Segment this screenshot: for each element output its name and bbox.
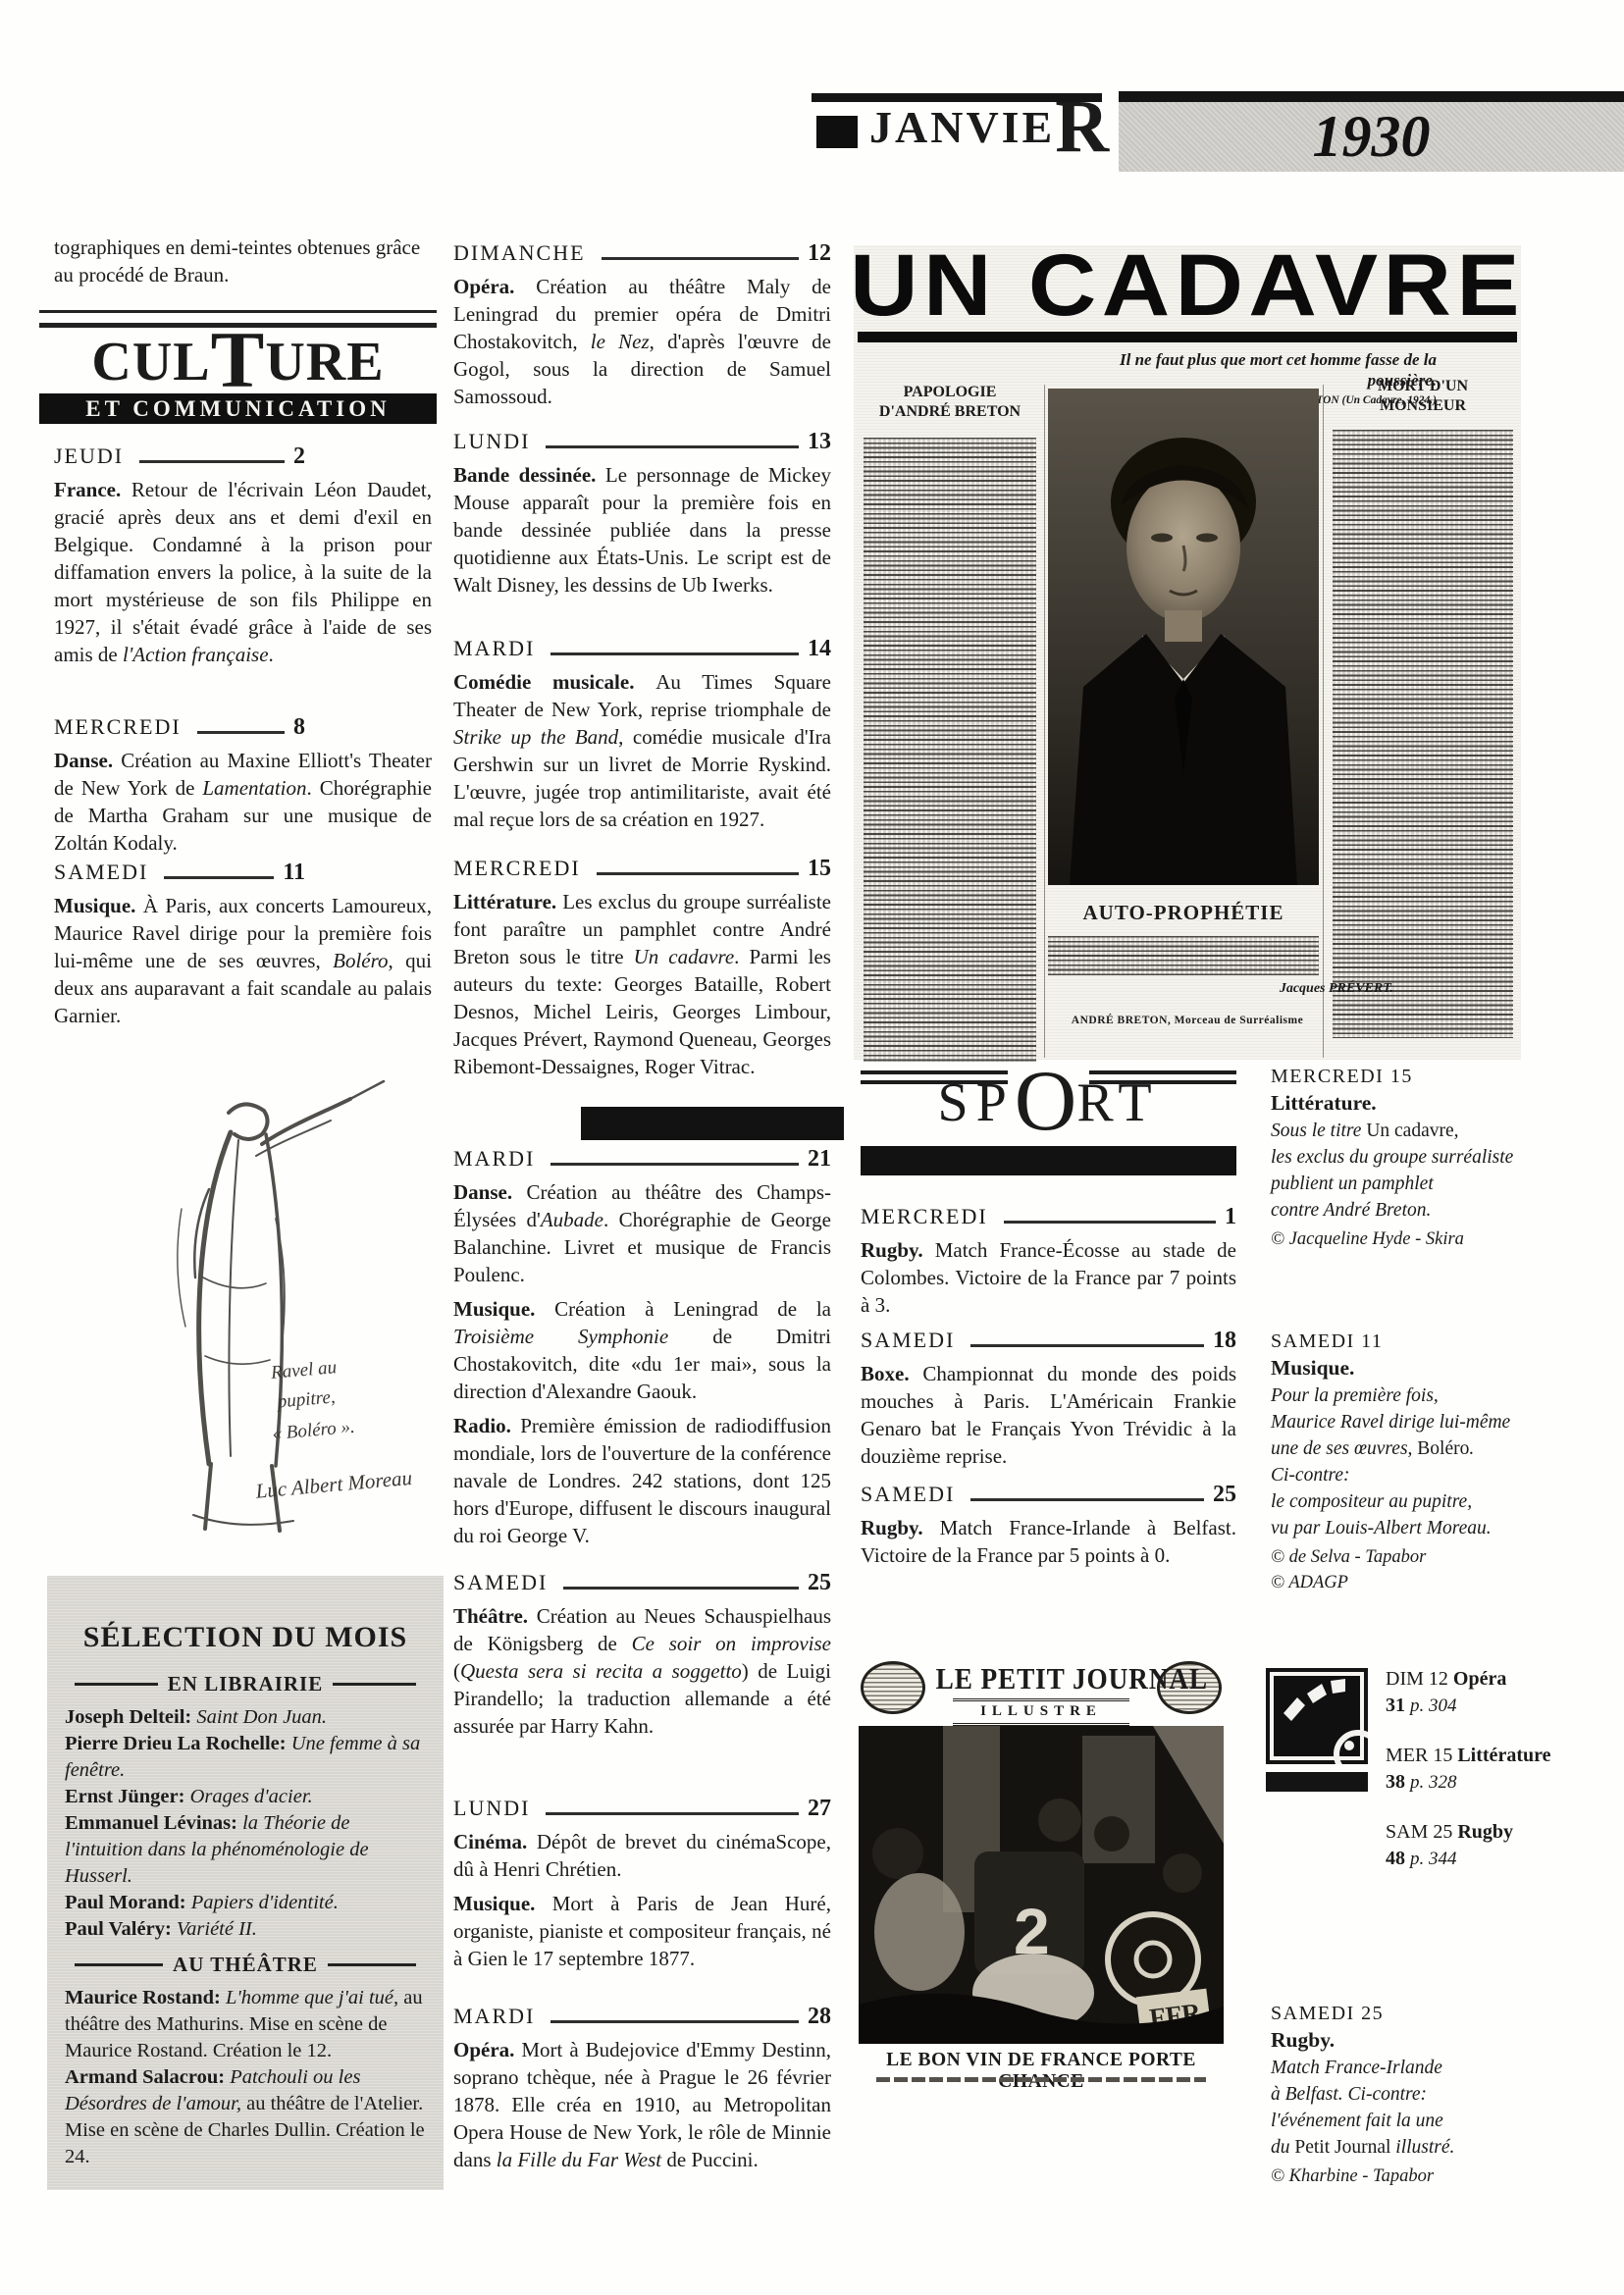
- entry-paragraph: Comédie musicale. Au Times Square Theate…: [453, 668, 831, 833]
- entry-paragraph: Boxe. Championnat du monde des poids mou…: [861, 1360, 1236, 1470]
- entry-day: SAMEDI: [861, 1482, 955, 1507]
- dated-entry: MERCREDI1Rugby. Match France-Écosse au s…: [861, 1204, 1236, 1319]
- dated-entry: MARDI14Comédie musicale. Au Times Square…: [453, 636, 831, 833]
- caption-label: Musique.: [1271, 1356, 1619, 1381]
- dated-entry: LUNDI27Cinéma. Dépôt de brevet du cinéma…: [453, 1796, 831, 1972]
- entry-rule: [602, 257, 799, 260]
- caption-line: l'événement fait la une: [1271, 2108, 1619, 2134]
- librairie-list: Joseph Delteil: Saint Don Juan.Pierre Dr…: [65, 1704, 426, 1943]
- cadavre-signature: Jacques PRÉVERT.: [1217, 981, 1393, 997]
- entry-heading: SAMEDI25: [861, 1482, 1236, 1507]
- entry-heading: MARDI14: [453, 636, 831, 661]
- caption-line: Sous le titre Un cadavre,: [1271, 1118, 1619, 1144]
- entry-day: MERCREDI: [453, 856, 581, 881]
- entry-paragraph: Musique. Création à Leningrad de la Troi…: [453, 1295, 831, 1405]
- work-item: Joseph Delteil: Saint Don Juan.: [65, 1704, 426, 1731]
- theatre-heading: AU THÉÂTRE: [65, 1953, 426, 1977]
- entry-date-number: 25: [1213, 1482, 1236, 1507]
- column-rule: [1323, 385, 1324, 1058]
- caption-day: MERCREDI 15: [1271, 1066, 1619, 1088]
- caption-line: du Petit Journal illustré.: [1271, 2134, 1619, 2161]
- entry-rule: [546, 445, 799, 448]
- caption-line: à Belfast. Ci-contre:: [1271, 2081, 1619, 2108]
- caption-line: publient un pamphlet: [1271, 1171, 1619, 1197]
- pj-subcaption-greeked: [876, 2077, 1206, 2082]
- entry-paragraph: Radio. Première émission de radiodiffusi…: [453, 1412, 831, 1549]
- caption-line: les exclus du groupe surréaliste: [1271, 1144, 1619, 1171]
- entry-day: MARDI: [453, 2004, 535, 2029]
- selection-title: SÉLECTION DU MOIS: [65, 1621, 426, 1654]
- cadavre-right-column: MORT D'UN MONSIEUR: [1333, 377, 1513, 1038]
- caption-day: SAMEDI 25: [1271, 2003, 1619, 2025]
- entry-rule: [550, 2020, 799, 2023]
- newsprint-text-block: [1333, 430, 1513, 1038]
- work-item: Ernst Jünger: Orages d'acier.: [65, 1784, 426, 1810]
- caption-credit: © de Selva - Tapabor© ADAGP: [1271, 1544, 1619, 1595]
- entry-paragraph: Théâtre. Création au Neues Schauspielhau…: [453, 1602, 831, 1740]
- caption-credit-line: © ADAGP: [1271, 1570, 1619, 1595]
- page-ref: SAM 25 Rugby48 p. 344: [1386, 1819, 1567, 1872]
- selection-box: SÉLECTION DU MOIS EN LIBRAIRIE Joseph De…: [47, 1576, 444, 2190]
- sketch-signature: Luc Albert Moreau: [254, 1466, 413, 1503]
- pj-masthead: LE PETIT JOURNAL: [936, 1661, 1147, 1696]
- entry-day: MARDI: [453, 636, 535, 661]
- fan-icon-bar: [1266, 1772, 1368, 1792]
- theatre-list: Maurice Rostand: L'homme que j'ai tué, a…: [65, 1985, 426, 2170]
- entry-heading: SAMEDI18: [861, 1328, 1236, 1353]
- entry-day: JEUDI: [54, 443, 124, 469]
- entry-date-number: 14: [808, 636, 831, 661]
- entry-paragraph: Rugby. Match France-Écosse au stade de C…: [861, 1236, 1236, 1319]
- agenda-column: DIMANCHE12Opéra. Création au théâtre Mal…: [453, 0, 831, 2295]
- entry-day: MERCREDI: [54, 714, 182, 740]
- year-text: 1930: [1313, 103, 1431, 171]
- caption-line: contre André Breton.: [1271, 1197, 1619, 1224]
- entry-day: DIMANCHE: [453, 240, 586, 266]
- caption-lines: Match France-Irlandeà Belfast. Ci-contre…: [1271, 2055, 1619, 2161]
- caption-line: Ci-contre:: [1271, 1462, 1619, 1488]
- entry-day: SAMEDI: [861, 1328, 955, 1353]
- entry-paragraph: Opéra. Création au théâtre Maly de Lenin…: [453, 273, 831, 410]
- entry-paragraph: Musique. Mort à Paris de Jean Huré, orga…: [453, 1890, 831, 1972]
- page-ref: MER 15 Littérature38 p. 328: [1386, 1743, 1567, 1796]
- dated-entry: SAMEDI11Musique. À Paris, aux concerts L…: [54, 860, 432, 1029]
- ravel-sketch-drawing: Ravel au pupitre, « Boléro ». Luc Albert…: [83, 1071, 437, 1540]
- entry-day: MERCREDI: [861, 1204, 988, 1229]
- caption-credit-line: © Kharbine - Tapabor: [1271, 2164, 1619, 2189]
- work-item: Maurice Rostand: L'homme que j'ai tué, a…: [65, 1985, 426, 2064]
- entry-paragraph: Littérature. Les exclus du groupe surréa…: [453, 888, 831, 1080]
- entry-paragraph: Danse. Création au théâtre des Champs-Él…: [453, 1178, 831, 1288]
- entry-date-number: 8: [293, 714, 305, 740]
- entry-date-number: 28: [808, 2004, 831, 2029]
- entry-date-number: 15: [808, 856, 831, 881]
- dated-entry: MERCREDI8Danse. Création au Maxine Ellio…: [54, 714, 432, 857]
- entry-heading: MERCREDI1: [861, 1204, 1236, 1229]
- caption-line: Maurice Ravel dirige lui-même: [1271, 1409, 1619, 1435]
- masthead-medallion-icon: [861, 1661, 925, 1714]
- caption-line: le compositeur au pupitre,: [1271, 1488, 1619, 1515]
- entry-rule: [597, 872, 799, 875]
- entry-date-number: 2: [293, 443, 305, 469]
- work-item: Emmanuel Lévinas: la Théorie de l'intuit…: [65, 1810, 426, 1890]
- entry-date-number: 27: [808, 1796, 831, 1821]
- pj-caption: LE BON VIN DE FRANCE PORTE CHANCE: [859, 2050, 1224, 2093]
- caption-credit: © Jacqueline Hyde - Skira: [1271, 1226, 1619, 1252]
- caption-credit-line: © de Selva - Tapabor: [1271, 1544, 1619, 1570]
- entry-heading: MARDI28: [453, 2004, 831, 2029]
- work-item: Paul Morand: Papiers d'identité.: [65, 1890, 426, 1916]
- entry-paragraph: Musique. À Paris, aux concerts Lamoureux…: [54, 892, 432, 1029]
- entry-paragraph: Opéra. Mort à Budejovice d'Emmy Destinn,…: [453, 2036, 831, 2173]
- page-ref: DIM 12 Opéra31 p. 304: [1386, 1666, 1567, 1719]
- caption-day: SAMEDI 11: [1271, 1330, 1619, 1353]
- entry-heading: MERCREDI15: [453, 856, 831, 881]
- entry-rule: [139, 460, 285, 463]
- entry-paragraph: Cinéma. Dépôt de brevet du cinémaScope, …: [453, 1828, 831, 1883]
- entry-date-number: 1: [1225, 1204, 1236, 1229]
- entry-heading: SAMEDI25: [453, 1570, 831, 1595]
- entry-rule: [550, 1163, 799, 1166]
- caption-block-musique: SAMEDI 11 Musique. Pour la première fois…: [1271, 1330, 1619, 1595]
- dated-entry: SAMEDI25Théâtre. Création au Neues Schau…: [453, 1570, 831, 1740]
- entry-rule: [550, 652, 799, 655]
- entry-day: LUNDI: [453, 429, 530, 454]
- entry-rule: [1004, 1221, 1216, 1224]
- entry-heading: DIMANCHE12: [453, 240, 831, 266]
- caption-credit: © Kharbine - Tapabor: [1271, 2164, 1619, 2189]
- work-item: Paul Valéry: Variété II.: [65, 1916, 426, 1943]
- rugby-photo: 2 FFR: [859, 1726, 1224, 2044]
- dated-entry: SAMEDI25Rugby. Match France-Irlande à Be…: [861, 1482, 1236, 1569]
- page-refs: DIM 12 Opéra31 p. 304MER 15 Littérature3…: [1386, 1666, 1567, 1896]
- caption-block-rugby: SAMEDI 25 Rugby. Match France-Irlandeà B…: [1271, 2003, 1619, 2189]
- entry-date-number: 13: [808, 429, 831, 454]
- sketch-annotation-line: Ravel au: [269, 1357, 338, 1383]
- caption-lines: Sous le titre Un cadavre,les exclus du g…: [1271, 1118, 1619, 1224]
- entry-paragraph: France. Retour de l'écrivain Léon Daudet…: [54, 476, 432, 668]
- section-divider-bar: [581, 1107, 844, 1140]
- caption-line: une de ses œuvres, Boléro.: [1271, 1435, 1619, 1462]
- caption-label: Littérature.: [1271, 1091, 1619, 1116]
- sketch-annotation-line: pupitre,: [275, 1386, 337, 1412]
- pj-banner: ILLUSTRE: [953, 1698, 1129, 1726]
- librairie-heading: EN LIBRAIRIE: [65, 1672, 426, 1696]
- entry-rule: [563, 1587, 799, 1590]
- dated-entry: SAMEDI18Boxe. Championnat du monde des p…: [861, 1328, 1236, 1470]
- work-item: Pierre Drieu La Rochelle: Une femme à sa…: [65, 1731, 426, 1784]
- mort-heading: MORT D'UN MONSIEUR: [1359, 377, 1487, 416]
- caption-line: vu par Louis-Albert Moreau.: [1271, 1515, 1619, 1541]
- work-item: Armand Salacrou: Patchouli ou les Désord…: [65, 2064, 426, 2170]
- entry-heading: MARDI21: [453, 1146, 831, 1172]
- entry-rule: [970, 1498, 1204, 1501]
- entry-day: LUNDI: [453, 1796, 530, 1821]
- entry-heading: LUNDI27: [453, 1796, 831, 1821]
- entry-date-number: 11: [283, 860, 305, 885]
- dated-entry: MARDI21Danse. Création au théâtre des Ch…: [453, 1146, 831, 1549]
- caption-label: Rugby.: [1271, 2028, 1619, 2053]
- entry-rule: [546, 1812, 799, 1815]
- caption-block-litterature: MERCREDI 15 Littérature. Sous le titre U…: [1271, 1066, 1619, 1252]
- entry-day: MARDI: [453, 1146, 535, 1172]
- petit-journal-cover: LE PETIT JOURNAL ILLUSTRE 2 FFR LE BON V…: [859, 1653, 1224, 2090]
- caption-credit-line: © Jacqueline Hyde - Skira: [1271, 1226, 1619, 1252]
- caption-line: Pour la première fois,: [1271, 1382, 1619, 1409]
- dated-entry: JEUDI2France. Retour de l'écrivain Léon …: [54, 443, 432, 668]
- entry-date-number: 21: [808, 1146, 831, 1172]
- entry-rule: [970, 1344, 1204, 1347]
- dated-entry: MERCREDI15Littérature. Les exclus du gro…: [453, 856, 831, 1080]
- caption-line: Match France-Irlande: [1271, 2055, 1619, 2081]
- entry-day: SAMEDI: [453, 1570, 548, 1595]
- entry-heading: JEUDI2: [54, 443, 305, 469]
- fan-icon: [1266, 1668, 1368, 1764]
- culture-entries-list: JEUDI2France. Retour de l'écrivain Léon …: [54, 0, 432, 1079]
- caption-lines: Pour la première fois,Maurice Ravel diri…: [1271, 1382, 1619, 1541]
- sport-entries-list: MERCREDI1Rugby. Match France-Écosse au s…: [861, 0, 1236, 1668]
- entry-day: SAMEDI: [54, 860, 148, 885]
- entry-rule: [197, 731, 285, 734]
- dated-entry: DIMANCHE12Opéra. Création au théâtre Mal…: [453, 240, 831, 410]
- entry-paragraph: Danse. Création au Maxine Elliott's Thea…: [54, 747, 432, 857]
- entry-paragraph: Rugby. Match France-Irlande à Belfast. V…: [861, 1514, 1236, 1569]
- dated-entry: MARDI28Opéra. Mort à Budejovice d'Emmy D…: [453, 2004, 831, 2173]
- magazine-page: JANVIER 1930 tographiques en demi-teinte…: [0, 0, 1624, 2295]
- entry-heading: MERCREDI8: [54, 714, 305, 740]
- sketch-annotation-line: « Boléro ».: [272, 1417, 356, 1444]
- entry-date-number: 25: [808, 1570, 831, 1595]
- dated-entry: LUNDI13Bande dessinée. Le personnage de …: [453, 429, 831, 599]
- entry-date-number: 18: [1213, 1328, 1236, 1353]
- entry-paragraph: Bande dessinée. Le personnage de Mickey …: [453, 461, 831, 599]
- entry-heading: LUNDI13: [453, 429, 831, 454]
- entry-heading: SAMEDI11: [54, 860, 305, 885]
- entry-rule: [164, 876, 274, 879]
